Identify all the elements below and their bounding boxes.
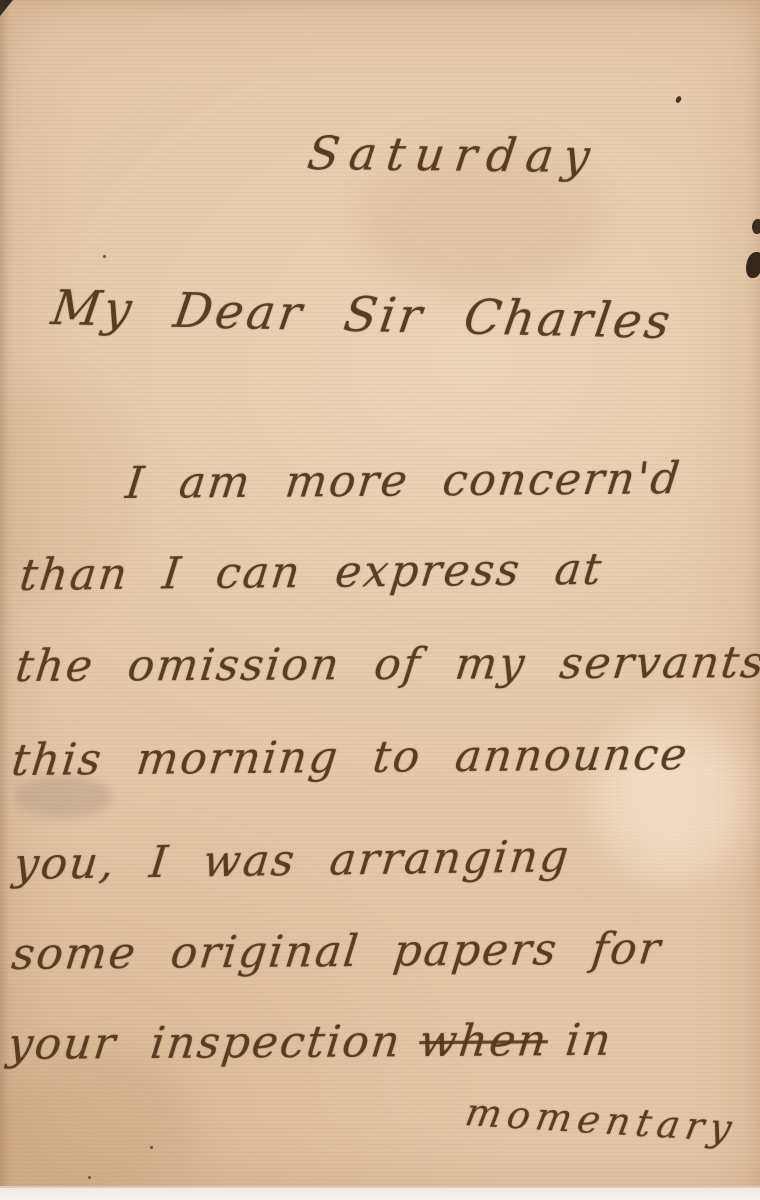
ink-fleck — [675, 95, 683, 104]
body-line-3: the omission of my servants — [13, 637, 760, 692]
ink-speck — [150, 1146, 153, 1149]
body-line-5: you, I was arranging — [11, 831, 573, 890]
edge-ink-blot — [752, 219, 760, 234]
body-line-7-post: in — [563, 1015, 615, 1066]
ink-speck — [103, 255, 106, 258]
letter-catchword: momentary — [462, 1090, 741, 1151]
letter-page: Saturday My Dear Sir Charles I am more c… — [0, 0, 760, 1200]
letter-dateline: Saturday — [304, 126, 603, 183]
body-line-1: I am more concern'd — [123, 453, 684, 509]
body-line-2: than I can express at — [17, 544, 606, 601]
letter-salutation: My Dear Sir Charles — [48, 280, 677, 350]
body-line-6: some original papers for — [9, 923, 665, 980]
body-line-4: this morning to announce — [9, 729, 691, 786]
ink-speck — [88, 1176, 91, 1179]
body-line-7-pre: your inspection — [5, 1016, 404, 1070]
scan-surface-strip — [0, 1186, 760, 1200]
page-edge-shadow — [0, 0, 10, 1200]
edge-ink-blot — [746, 252, 760, 278]
struck-word: when — [417, 1015, 551, 1067]
paper-stain — [0, 1055, 190, 1200]
body-line-7: your inspectionwhenin — [5, 1015, 615, 1070]
